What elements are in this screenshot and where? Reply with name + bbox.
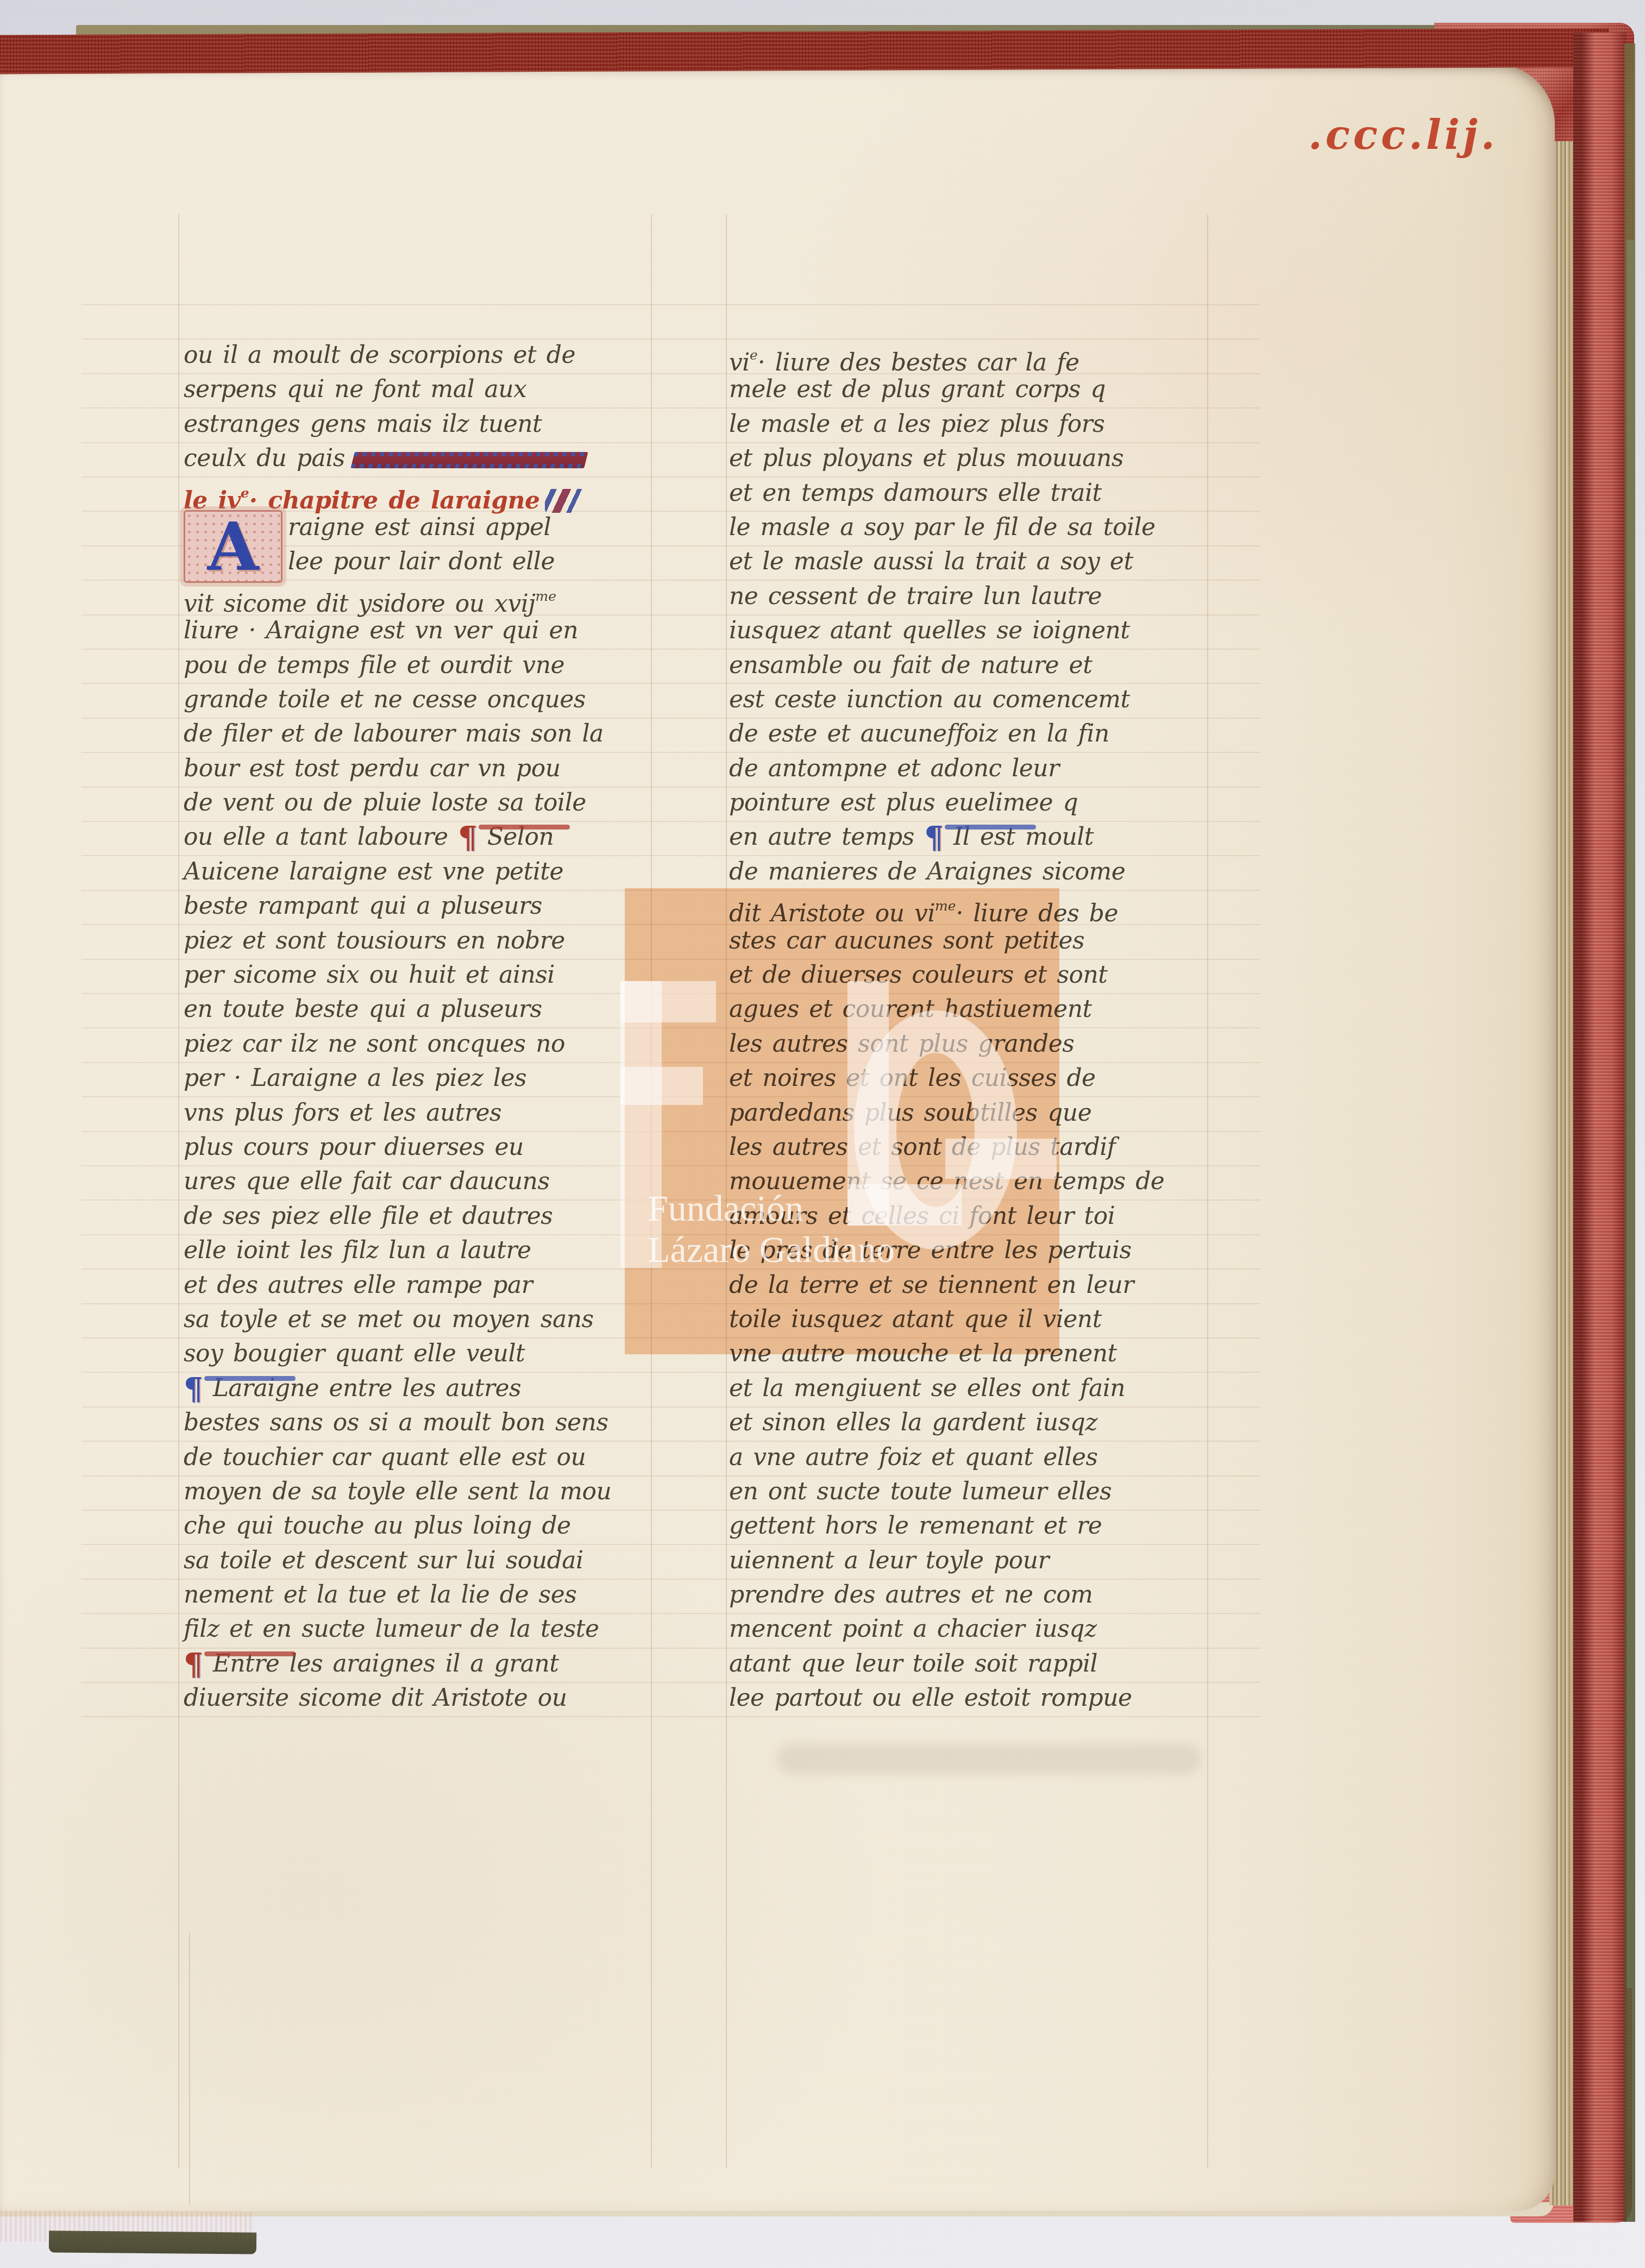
velvet-right-band [1573,33,1627,2222]
manuscript-line: bour est tost perdu car vn pou [184,751,652,786]
text-segment: gettent hors le remenant et re [729,1512,1102,1540]
manuscript-line: soy bougier quant elle veult [184,1336,652,1371]
text-segment: liure · Araigne est vn ver qui en [184,617,578,644]
vertical-ruling-1 [178,215,179,2168]
velvet-top-band [0,28,1609,74]
text-segment: estranges gens mais ilz tuent [184,410,542,438]
manuscript-line: plus cours pour diuerses eu [184,1130,652,1164]
manuscript-line: ou elle a tant laboure ¶ Selon [184,820,652,854]
manuscript-line: estranges gens mais ilz tuent [184,407,652,441]
text-segment: che qui touche au plus loing de [184,1512,571,1540]
text-segment: de antompne et adonc leur [729,755,1059,782]
text-segment: pou de temps file et ourdit vne [184,651,564,679]
text-segment: sa toyle et se met ou moyen sans [184,1305,594,1333]
manuscript-line: de ses piez elle file et dautres [184,1199,652,1233]
text-segment: et plus ployans et plus mouuans [729,444,1123,472]
text-segment: en toute beste qui a pluseurs [184,995,542,1023]
watermark-letter-g-bar [945,1139,1057,1179]
superscript-segment: me [535,588,556,604]
manuscript-line: et en temps damours elle trait [729,476,1209,510]
text-segment: et en temps damours elle trait [729,479,1102,507]
capitulum-red: ¶ [458,822,477,853]
manuscript-page: .ccc.lij. A ou il a moult de scorpions e… [0,64,1555,2211]
manuscript-line: de este et aucuneffoiz en la fin [729,717,1209,751]
text-segment: le masle et a les piez plus fors [729,410,1104,438]
text-segment: vns plus fors et les autres [184,1099,501,1127]
manuscript-line: mele est de plus grant corps q [729,372,1209,406]
ink-bleedthrough-smudge [777,1744,1201,1774]
manuscript-line: diuersite sicome dit Aristote ou [184,1681,652,1715]
text-segment: et des autres elle rampe par [184,1271,532,1299]
text-segment: lee pour lair dont elle [288,548,555,575]
text-segment: diuersite sicome dit Aristote ou [184,1684,567,1712]
manuscript-line: gettent hors le remenant et re [729,1509,1209,1543]
manuscript-line: uiennent a leur toyle pour [729,1543,1209,1578]
text-segment: moyen de sa toyle elle sent la mou [184,1478,611,1505]
text-segment: bour est tost perdu car vn pou [184,755,561,782]
text-segment: serpens qui ne font mal aux [184,375,526,403]
text-segment: de touchier car quant elle est ou [184,1443,586,1471]
manuscript-line: filz et en sucte lumeur de la teste [184,1612,652,1646]
text-segment: piez car ilz ne sont oncques no [184,1030,565,1058]
text-segment: mencent point a chacier iusqz [729,1615,1097,1643]
manuscript-line: ures que elle fait car daucuns [184,1164,652,1198]
text-segment: prendre des autres et ne com [729,1581,1093,1609]
line-filler [350,452,588,468]
capitulum-blue: ¶ [924,822,943,853]
text-segment: est ceste iunction au comencemt [729,686,1130,713]
text-segment: iusquez atant quelles se ioignent [729,617,1129,644]
manuscript-line: sa toile et descent sur lui soudai [184,1543,652,1578]
text-segment: ensamble ou fait de nature et [729,651,1092,679]
text-segment: ne cessent de traire lun lautre [729,582,1102,610]
manuscript-line: grande toile et ne cesse oncques [184,682,652,717]
text-segment: soy bougier quant elle veult [184,1340,525,1367]
manuscript-line: piez et sont tousiours en nobre [184,923,652,958]
manuscript-line: et la mengiuent se elles ont fain [729,1371,1209,1405]
manuscript-line: iusquez atant quelles se ioignent [729,613,1209,648]
text-segment: de manieres de Araignes sicome [729,858,1125,885]
manuscript-line: lee partout ou elle estoit rompue [729,1681,1209,1715]
text-segment: en ont sucte toute lumeur elles [729,1478,1112,1505]
text-segment: mele est de plus grant corps q [729,375,1106,403]
folio-number: .ccc.lij. [1308,112,1536,159]
manuscript-line: piez car ilz ne sont oncques no [184,1027,652,1061]
manuscript-line: ¶ Laraigne entre les autres [184,1371,652,1405]
text-segment: a vne autre foiz et quant elles [729,1443,1098,1471]
manuscript-line: nement et la tue et la lie de ses [184,1578,652,1612]
manuscript-photo: { "folio": { "number": ".ccc.lij." }, "w… [0,0,1645,2268]
manuscript-line: ne cessent de traire lun lautre [729,579,1209,613]
text-segment: ou elle a tant laboure [184,823,458,851]
manuscript-line: et des autres elle rampe par [184,1268,652,1302]
manuscript-line: de filer et de labourer mais son la [184,717,652,751]
text-segment: de este et aucuneffoiz en la fin [729,720,1109,747]
manuscript-line: beste rampant qui a pluseurs [184,889,652,923]
manuscript-line: per sicome six ou huit et ainsi [184,958,652,992]
text-segment: et sinon elles la gardent iusqz [729,1409,1097,1436]
manuscript-line: ou il a moult de scorpions et de [184,338,652,372]
text-segment: bestes sans os si a moult bon sens [184,1409,608,1436]
watermark-text-line2: Lázaro Galdiano [648,1231,895,1268]
watermark-letter-f-arm [620,981,716,1022]
text-segment: de vent ou de pluie loste sa toile [184,789,586,816]
text-segment: ou il a moult de scorpions et de [184,341,575,369]
manuscript-line: en autre temps ¶ Il est moult [729,820,1209,854]
text-segment: ures que elle fait car daucuns [184,1167,550,1195]
manuscript-line: de antompne et adonc leur [729,751,1209,786]
text-segment: grande toile et ne cesse oncques [184,686,586,713]
text-segment: atant que leur toile soit rappil [729,1650,1097,1678]
watermark-letter-g [854,1010,1017,1249]
capitulum-red: ¶ [184,1649,203,1680]
manuscript-line: et sinon elles la gardent iusqz [729,1405,1209,1440]
manuscript-line: che qui touche au plus loing de [184,1509,652,1543]
watermark-text-line1: Fundación [648,1190,803,1227]
text-segment: filz et en sucte lumeur de la teste [184,1615,599,1643]
text-segment: per · Laraigne a les piez les [184,1064,526,1092]
manuscript-line: vie· liure des bestes car la fe [729,338,1209,372]
text-segment: lee partout ou elle estoit rompue [729,1684,1132,1712]
manuscript-line: a vne autre foiz et quant elles [729,1440,1209,1474]
manuscript-line: et plus ployans et plus mouuans [729,441,1209,475]
text-segment: de filer et de labourer mais son la [184,720,604,747]
manuscript-line: bestes sans os si a moult bon sens [184,1405,652,1440]
manuscript-line: per · Laraigne a les piez les [184,1061,652,1095]
manuscript-line: elle ioint les filz lun a lautre [184,1233,652,1267]
text-segment: per sicome six ou huit et ainsi [184,961,555,989]
rubric-superscript: e [241,485,249,501]
manuscript-line: sa toyle et se met ou moyen sans [184,1302,652,1336]
manuscript-line: Auicene laraigne est vne petite [184,855,652,889]
manuscript-line: ceulx du pais [184,441,652,475]
manuscript-line: est ceste iunction au comencemt [729,682,1209,717]
text-segment: et la mengiuent se elles ont fain [729,1374,1125,1402]
text-segment: le masle a soy par le fil de sa toile [729,513,1156,541]
initial-letter: A [208,513,259,580]
manuscript-line: en ont sucte toute lumeur elles [729,1474,1209,1509]
decorated-initial: A [184,510,282,583]
manuscript-line: en toute beste qui a pluseurs [184,992,652,1026]
manuscript-line: serpens qui ne font mal aux [184,372,652,406]
text-segment: raigne est ainsi appel [288,513,551,541]
manuscript-line: pointure est plus euelimee q [729,786,1209,820]
text-segment: et le masle aussi la trait a soy et [729,548,1133,575]
text-segment: nement et la tue et la lie de ses [184,1581,576,1609]
manuscript-line: le masle a soy par le fil de sa toile [729,510,1209,544]
manuscript-line: liure · Araigne est vn ver qui en [184,613,652,648]
text-segment: en autre temps [729,823,924,851]
rubric-flourish [545,489,584,513]
manuscript-line: mencent point a chacier iusqz [729,1612,1209,1646]
text-segment: Auicene laraigne est vne petite [184,858,563,885]
manuscript-line: pou de temps file et ourdit vne [184,648,652,682]
superscript-segment: e [750,347,758,363]
cover-right-edge [1624,43,1635,2222]
text-segment: sa toile et descent sur lui soudai [184,1547,583,1574]
manuscript-line: de vent ou de pluie loste sa toile [184,786,652,820]
manuscript-line: et le masle aussi la trait a soy et [729,544,1209,579]
text-segment: beste rampant qui a pluseurs [184,892,542,920]
text-segment: elle ioint les filz lun a lautre [184,1236,531,1264]
capitulum-blue: ¶ [184,1374,203,1404]
text-segment: plus cours pour diuerses eu [184,1133,524,1161]
text-column-left: A ou il a moult de scorpions et deserpen… [184,338,652,1716]
manuscript-line: atant que leur toile soit rappil [729,1647,1209,1681]
manuscript-line: de manieres de Araignes sicome [729,855,1209,889]
manuscript-line: prendre des autres et ne com [729,1578,1209,1612]
text-segment: piez et sont tousiours en nobre [184,927,565,954]
text-segment: pointure est plus euelimee q [729,789,1078,816]
text-segment: ceulx du pais [184,444,345,472]
watermark-letter-f-arm2 [620,1067,703,1105]
manuscript-line: le masle et a les piez plus fors [729,407,1209,441]
page-crease-line [189,1933,190,2204]
manuscript-line: de touchier car quant elle est ou [184,1440,652,1474]
manuscript-line: le ive· chapitre de laraigne [184,476,652,510]
manuscript-line: ¶ Entre les araignes il a grant [184,1647,652,1681]
manuscript-line: ensamble ou fait de nature et [729,648,1209,682]
manuscript-line: moyen de sa toyle elle sent la mou [184,1474,652,1509]
manuscript-line: vns plus fors et les autres [184,1096,652,1130]
cover-bottom-edge [49,2231,256,2254]
text-segment: uiennent a leur toyle pour [729,1547,1049,1574]
text-segment: de ses piez elle file et dautres [184,1202,552,1230]
